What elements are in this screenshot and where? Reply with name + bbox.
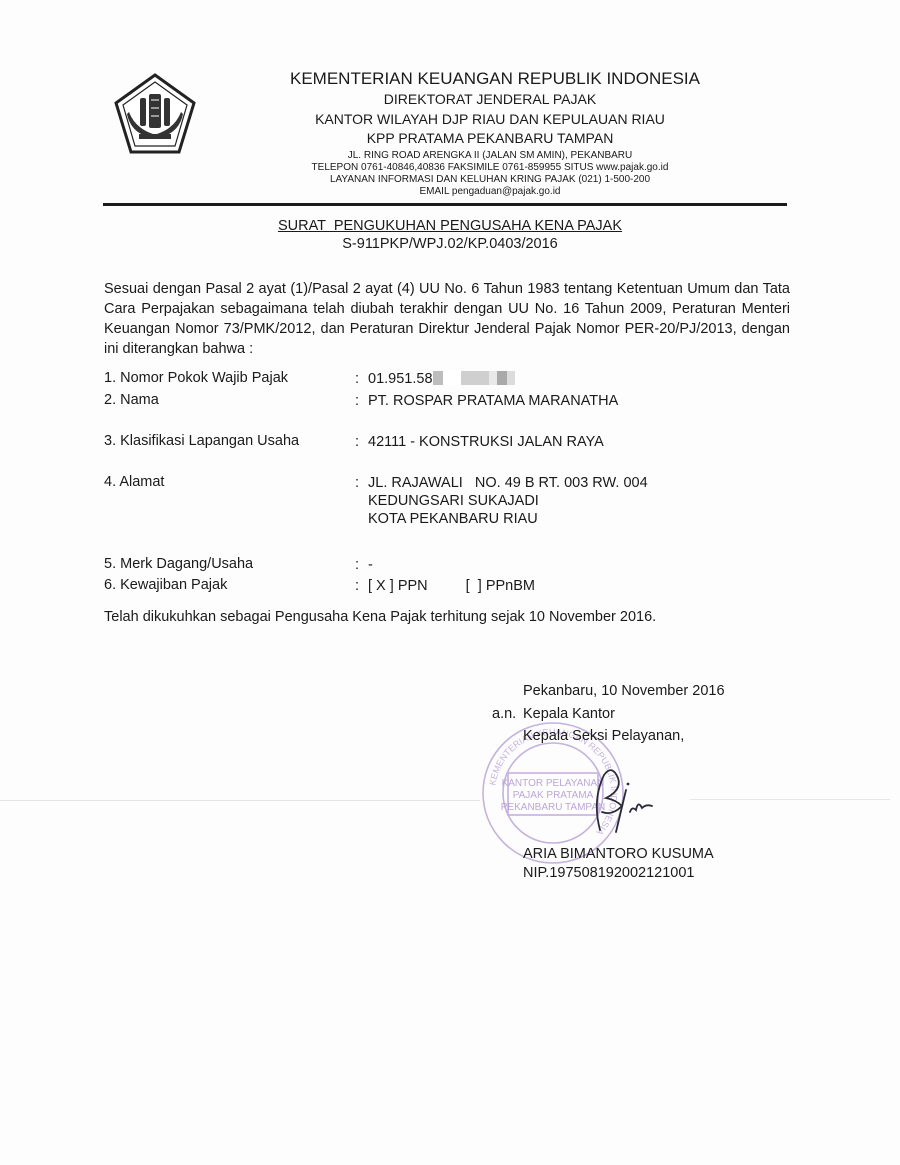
address-line-2: KEDUNGSARI SUKAJADI: [355, 492, 648, 510]
field-value-klu: :42111 - KONSTRUKSI JALAN RAYA: [355, 433, 604, 451]
office-address: JL. RING ROAD ARENGKA II (JALAN SM AMIN)…: [240, 151, 740, 161]
field-label-address: 4. Alamat: [104, 474, 164, 490]
redaction-block: [507, 371, 515, 385]
field-value-brand: :-: [355, 556, 373, 574]
redaction-block: [433, 371, 443, 385]
field-label-klu: 3. Klasifikasi Lapangan Usaha: [104, 433, 299, 449]
field-label-npwp: 1. Nomor Pokok Wajib Pajak: [104, 370, 288, 386]
field-label-name: 2. Nama: [104, 392, 159, 408]
field-value-npwp: :01.951.58: [355, 370, 515, 388]
on-behalf-office: Kepala Kantor: [523, 706, 615, 722]
document-number: S-911PKP/WPJ.02/KP.0403/2016: [100, 236, 800, 252]
field-value-name: :PT. ROSPAR PRATAMA MARANATHA: [355, 392, 618, 410]
address-line-3: KOTA PEKANBARU RIAU: [355, 510, 648, 528]
redaction-block: [443, 371, 461, 385]
npwp-value: 01.951.58: [368, 371, 433, 387]
directorate-name: DIREKTORAT JENDERAL PAJAK: [240, 92, 740, 106]
brand-value: -: [368, 557, 373, 573]
on-behalf-prefix: a.n.: [492, 706, 516, 722]
field-label-tax-obligation: 6. Kewajiban Pajak: [104, 577, 227, 593]
colon: :: [355, 370, 368, 388]
kemenkeu-emblem-icon: [113, 72, 197, 156]
document-title-text: SURAT PENGUKUHAN PENGUSAHA KENA PAJAK: [278, 218, 622, 234]
regional-office-name: KANTOR WILAYAH DJP RIAU DAN KEPULAUAN RI…: [240, 112, 740, 126]
ppn-label: PPN: [398, 578, 428, 594]
redaction-block: [489, 371, 497, 385]
document-page: KEMENTERIAN KEUANGAN REPUBLIK INDONESIA …: [0, 0, 900, 1165]
office-service-line: LAYANAN INFORMASI DAN KELUHAN KRING PAJA…: [240, 175, 740, 185]
office-email: EMAIL pengaduan@pajak.go.id: [240, 187, 740, 197]
tax-office-name: KPP PRATAMA PEKANBARU TAMPAN: [240, 131, 740, 145]
closing-statement: Telah dikukuhkan sebagai Pengusaha Kena …: [104, 609, 656, 625]
ppnbm-checkbox-mark: [ ]: [466, 578, 482, 594]
company-name: PT. ROSPAR PRATAMA MARANATHA: [368, 393, 618, 409]
signer-position: Kepala Seksi Pelayanan,: [523, 728, 684, 744]
intro-paragraph: Sesuai dengan Pasal 2 ayat (1)/Pasal 2 a…: [104, 279, 790, 359]
scan-fold-line: [690, 799, 890, 800]
document-title: SURAT PENGUKUHAN PENGUSAHA KENA PAJAK: [100, 218, 800, 234]
ppn-checkbox-mark: [ X ]: [368, 578, 394, 594]
ppnbm-label: PPnBM: [486, 578, 535, 594]
field-value-tax-obligation: :[ X ] PPN[ ] PPnBM: [355, 577, 535, 595]
redaction-block: [497, 371, 507, 385]
field-label-brand: 5. Merk Dagang/Usaha: [104, 556, 253, 572]
redaction-block: [461, 371, 489, 385]
colon: :: [355, 556, 368, 574]
colon: :: [355, 433, 368, 451]
ministry-name: KEMENTERIAN KEUANGAN REPUBLIK INDONESIA: [245, 70, 745, 87]
office-contact: TELEPON 0761-40846,40836 FAKSIMILE 0761-…: [240, 163, 740, 173]
colon: :: [355, 392, 368, 410]
business-classification: 42111 - KONSTRUKSI JALAN RAYA: [368, 434, 604, 450]
field-value-address: :JL. RAJAWALI NO. 49 B RT. 003 RW. 004 K…: [355, 474, 648, 528]
colon: :: [355, 474, 368, 492]
letterhead-divider: [103, 203, 787, 206]
signer-name: ARIA BIMANTORO KUSUMA: [523, 846, 714, 862]
scan-fold-line: [0, 800, 480, 801]
place-date: Pekanbaru, 10 November 2016: [523, 683, 725, 699]
handwritten-signature-icon: [582, 760, 672, 840]
address-line-1: JL. RAJAWALI NO. 49 B RT. 003 RW. 004: [368, 475, 648, 491]
signer-nip: NIP.197508192002121001: [523, 865, 695, 881]
colon: :: [355, 577, 368, 595]
